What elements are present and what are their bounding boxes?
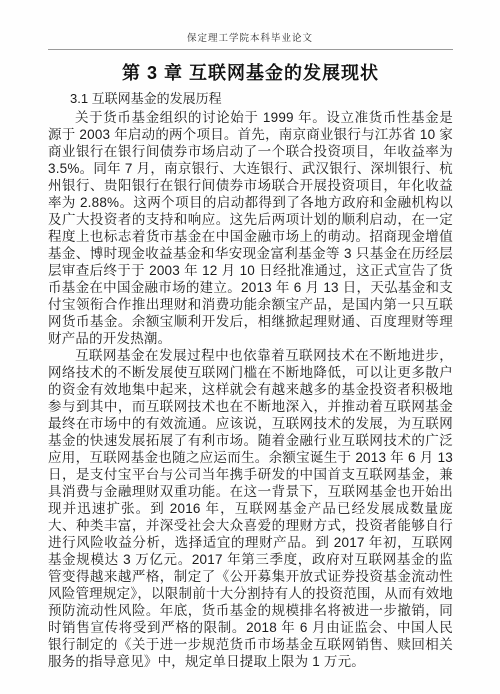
page-content: 第 3 章 互联网基金的发展现状 3.1 互联网基金的发展历程 关于货币基金组织… bbox=[0, 59, 500, 670]
header-divider bbox=[48, 49, 453, 50]
header-running-title: 保定理工学院本科毕业论文 bbox=[187, 33, 313, 44]
paragraph-internet-fund-growth: 互联网基金在发展过程中也依靠着互联网技术在不断地进步，网络技术的不断发展使互联网… bbox=[48, 347, 453, 670]
page-header: 保定理工学院本科毕业论文 bbox=[0, 0, 500, 44]
page-number: 7 bbox=[247, 655, 252, 666]
page-footer: 7 bbox=[0, 655, 500, 666]
paragraph-development-history: 关于货币基金组织的讨论始于 1999 年。设立准货币性基金是源于 2003 年启… bbox=[48, 109, 453, 347]
thesis-document-page: 保定理工学院本科毕业论文 第 3 章 互联网基金的发展现状 3.1 互联网基金的… bbox=[0, 0, 500, 694]
section-heading: 3.1 互联网基金的发展历程 bbox=[70, 88, 453, 107]
chapter-title: 第 3 章 互联网基金的发展现状 bbox=[48, 59, 453, 85]
